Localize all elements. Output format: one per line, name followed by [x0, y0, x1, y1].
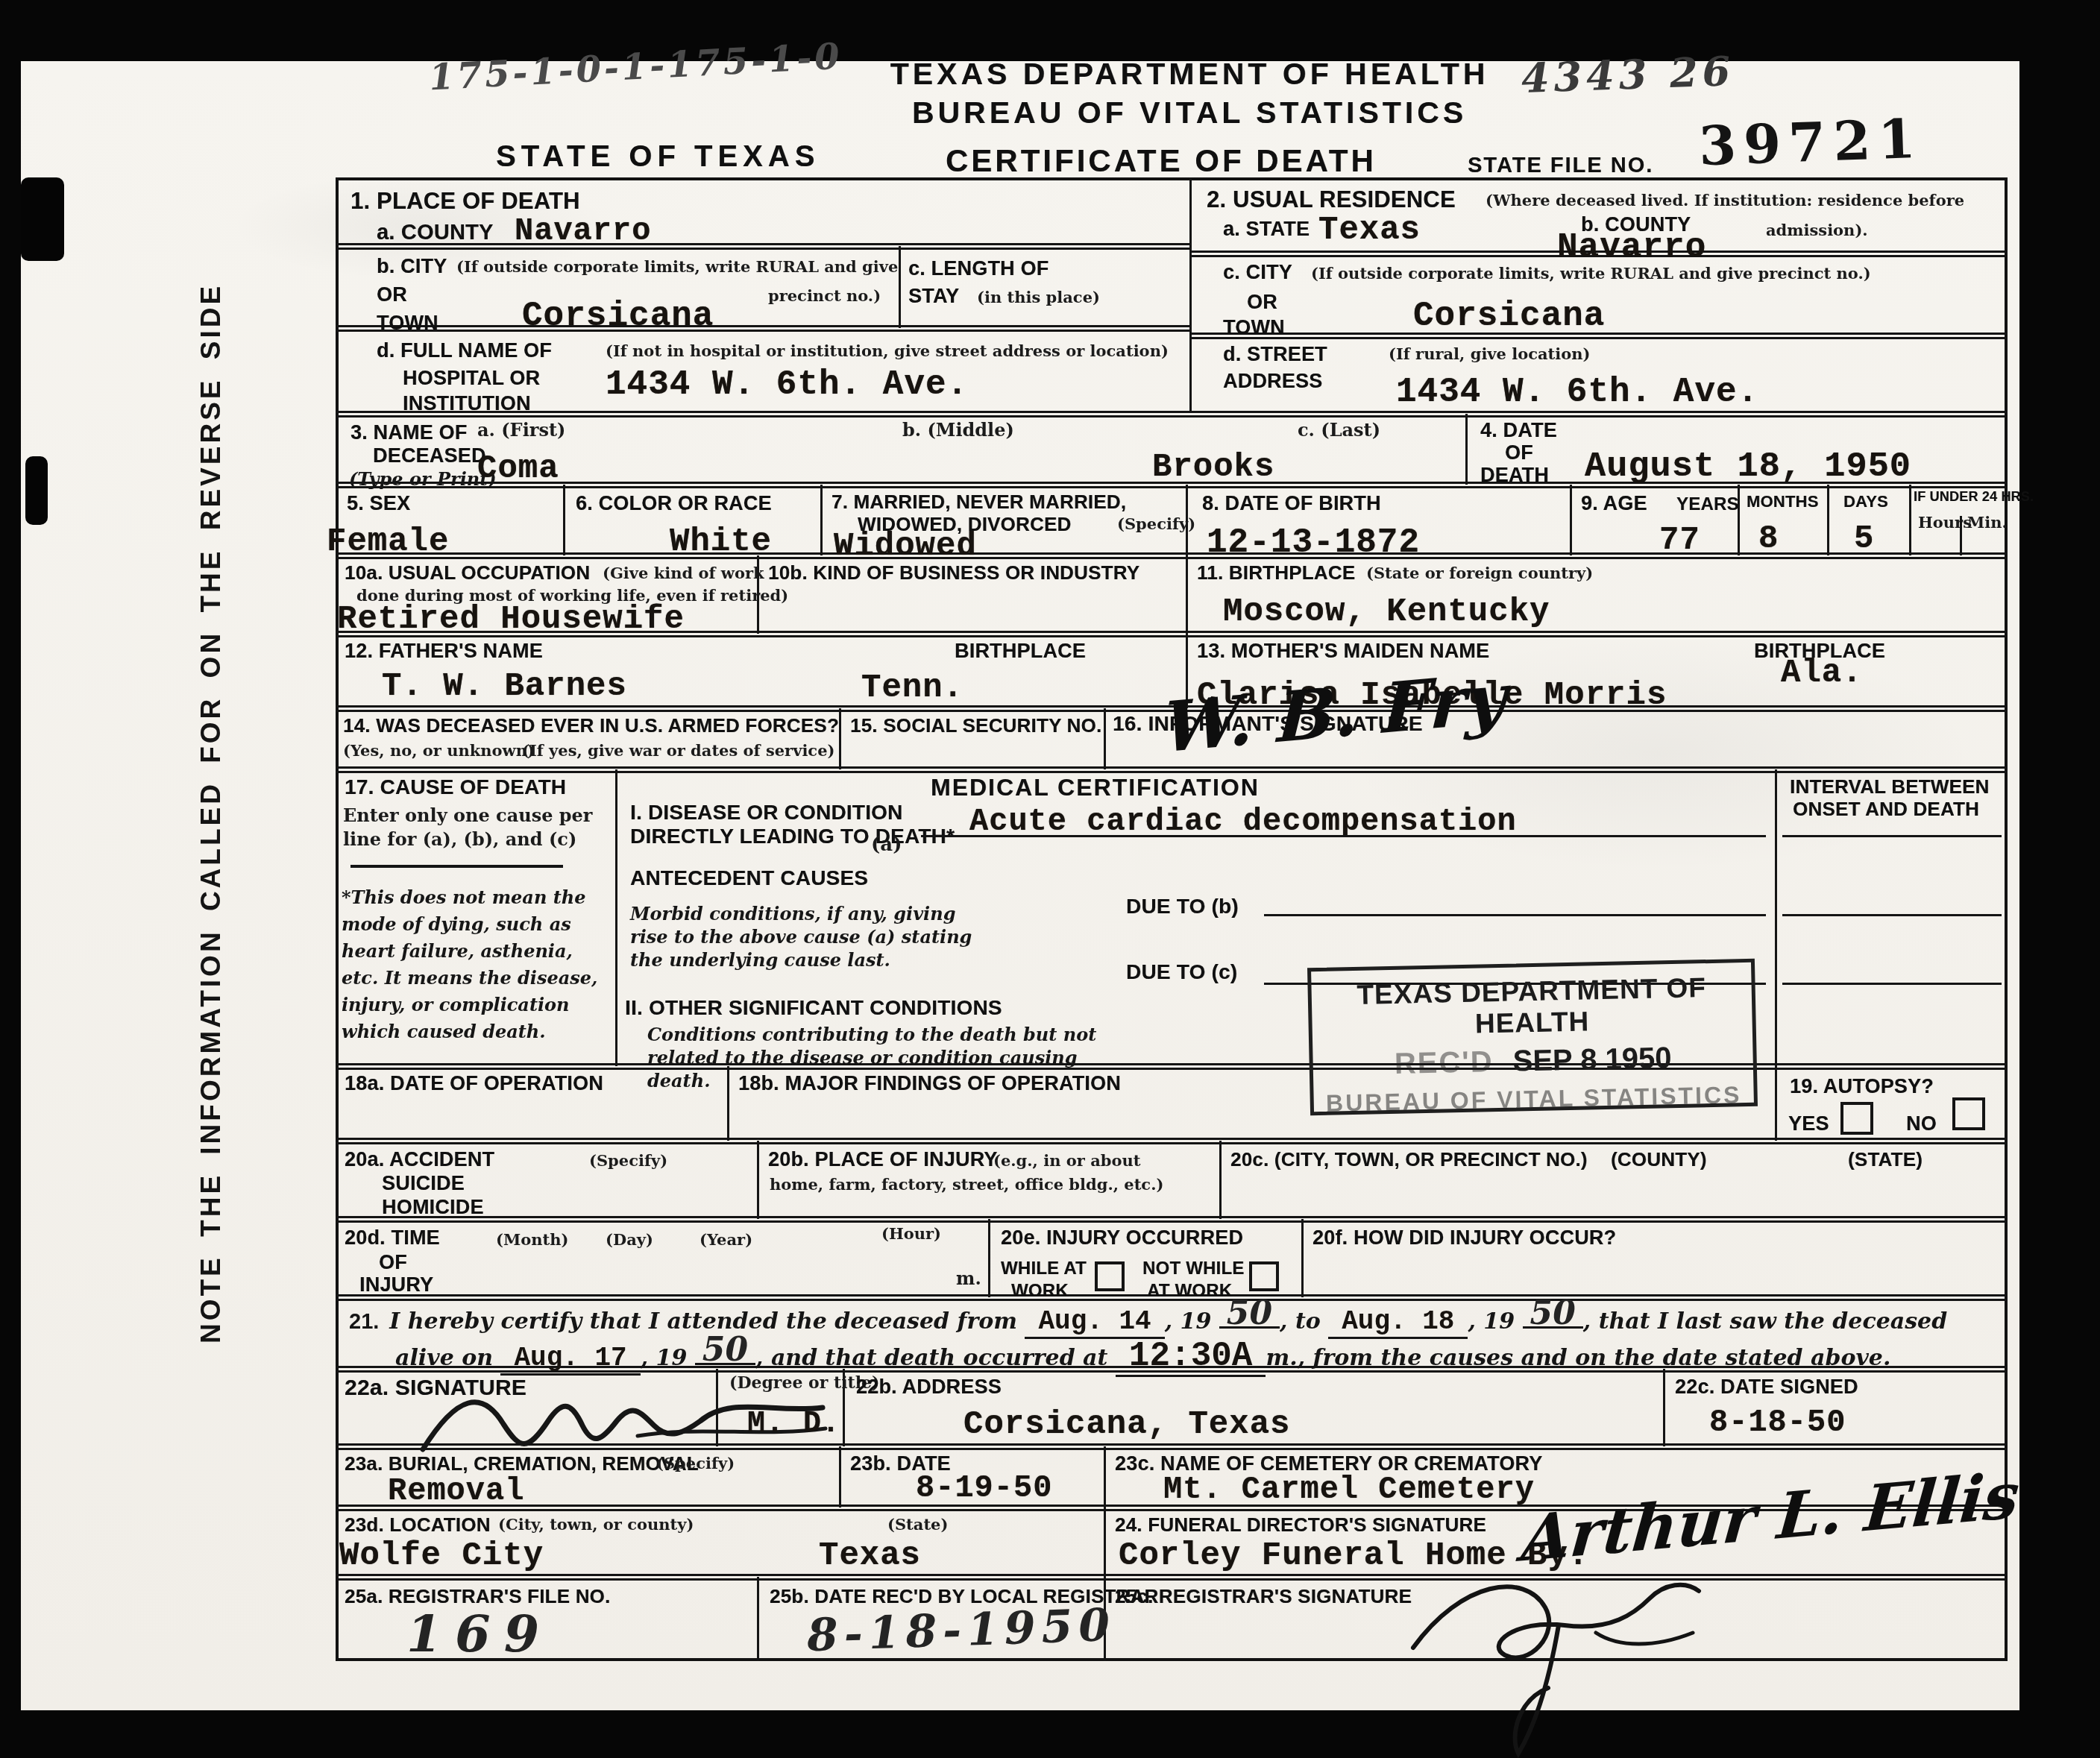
institution-label: d. FULL NAME OF: [377, 339, 552, 362]
certify-line-1: 21. I hereby certify that I attended the…: [349, 1305, 1947, 1339]
city-hint2: precinct no.): [768, 286, 881, 305]
county-label: a. COUNTY: [377, 221, 494, 245]
residence-city-town: TOWN: [1223, 316, 1285, 339]
marital-label: 7. MARRIED, NEVER MARRIED,: [831, 491, 1126, 514]
physician-address-value: Corsicana, Texas: [963, 1406, 1290, 1443]
under24-label: IF UNDER 24 HRS.: [1914, 489, 2034, 505]
interval-line: [1782, 983, 2002, 985]
father-birthplace-value: Tenn.: [861, 670, 963, 707]
findings-label: 18b. MAJOR FINDINGS OF OPERATION: [738, 1072, 1121, 1095]
state-file-no-label: STATE FILE NO.: [1468, 154, 1653, 178]
reverse-side-note: NOTE THE INFORMATION CALLED FOR ON THE R…: [195, 306, 227, 1343]
due-to-c-label: DUE TO (c): [1126, 960, 1237, 984]
antecedent-label: ANTECEDENT CAUSES: [630, 866, 868, 890]
interval-line: [1782, 835, 2002, 837]
residence-state-value: Texas: [1318, 212, 1421, 249]
degree-value: M. D.: [747, 1408, 840, 1441]
pencil-numbers-handwriting: 4343 26: [1521, 47, 1735, 102]
grid-line: [899, 246, 901, 328]
grid-line: [615, 769, 617, 1066]
residence-city-value: Corsicana: [1413, 297, 1605, 335]
cause-note2: *This does not mean the mode of dying, s…: [342, 884, 604, 1045]
grid-line: [839, 1446, 841, 1507]
grid-line: [820, 485, 823, 555]
date-signed-label: 22c. DATE SIGNED: [1675, 1376, 1858, 1399]
street-hint: (If rural, give location): [1389, 344, 1591, 363]
city-hint: (If outside corporate limits, write RURA…: [456, 257, 898, 276]
mother-name-label: 13. MOTHER'S MAIDEN NAME: [1197, 640, 1489, 663]
autopsy-label: 19. AUTOPSY?: [1790, 1075, 1934, 1098]
attended-to-year: 50: [1523, 1300, 1583, 1329]
age-days-label: DAYS: [1843, 492, 1888, 511]
interval-label1: INTERVAL BETWEEN: [1790, 775, 1990, 798]
institution-label2: HOSPITAL OR: [403, 367, 540, 390]
sex-label: 5. SEX: [347, 492, 410, 515]
time-of-injury-label2: OF: [379, 1251, 407, 1274]
stamp-line1: TEXAS DEPARTMENT OF HEALTH: [1311, 971, 1752, 1043]
homicide-label: HOMICIDE: [382, 1196, 484, 1219]
date-of-death-label3: DEATH: [1480, 464, 1549, 487]
certify-text: , 19: [641, 1345, 695, 1371]
institution-hint: (If not in hospital or institution, give…: [606, 341, 1169, 360]
hours-label: Hours: [1918, 513, 1972, 532]
certify-text: m., from the causes and on the date stat…: [1266, 1345, 1890, 1371]
father-name-label: 12. FATHER'S NAME: [345, 640, 543, 663]
occupation-hint1: (Give kind of work: [603, 564, 764, 582]
certify-text: alive on: [395, 1345, 500, 1371]
grid-line: [1189, 177, 1192, 411]
state-file-no-value: 39721: [1698, 107, 1924, 177]
injury-occurred-label: 20e. INJURY OCCURRED: [1001, 1226, 1243, 1250]
not-while-at-work-checkbox: [1249, 1261, 1279, 1291]
grid-line: [1570, 485, 1572, 555]
institution-label3: INSTITUTION: [403, 392, 531, 415]
sex-value: Female: [327, 523, 449, 561]
residence-county-value: Navarro: [1557, 228, 1706, 267]
grid-line: [336, 325, 1192, 332]
received-stamp: TEXAS DEPARTMENT OF HEALTH REC'DSEP 8 19…: [1307, 959, 1758, 1116]
date-of-operation-label: 18a. DATE OF OPERATION: [345, 1072, 603, 1095]
marital-value: Widowed: [834, 528, 977, 565]
injury-state-label: (STATE): [1848, 1148, 1923, 1171]
place-of-injury-hint1: (e.g., in or about: [993, 1151, 1140, 1170]
cause-a-line: [921, 835, 1766, 837]
work-label: WORK: [1011, 1281, 1069, 1302]
birthplace-value: Moscow, Kentucky: [1223, 593, 1550, 631]
medical-certification-title: MEDICAL CERTIFICATION: [931, 774, 1260, 801]
grid-line: [1104, 1507, 1106, 1577]
autopsy-yes-checkbox: [1840, 1102, 1873, 1135]
stamp-date: SEP 8 1950: [1512, 1042, 1672, 1077]
location-state-value: Texas: [819, 1537, 921, 1575]
grid-line: [839, 708, 841, 769]
age-months-label: MONTHS: [1747, 492, 1819, 511]
header-certificate-title: CERTIFICATE OF DEATH: [946, 143, 1377, 179]
grid-line: [1301, 1219, 1304, 1297]
usual-residence-title: 2. USUAL RESIDENCE: [1207, 186, 1456, 213]
cause-note1: Enter only one cause per line for (a), (…: [343, 804, 600, 852]
usual-residence-hint2: admission).: [1766, 221, 1868, 239]
date-of-death-value: August 18, 1950: [1585, 447, 1911, 487]
city-label: b. CITY: [377, 255, 447, 278]
name-label2: DECEASED: [373, 444, 486, 467]
other-conditions-label: II. OTHER SIGNIFICANT CONDITIONS: [625, 996, 1002, 1020]
marital-hint: (Specify): [1117, 514, 1195, 533]
location-label: 23d. LOCATION: [345, 1513, 491, 1537]
suicide-label: SUICIDE: [382, 1172, 465, 1195]
date-signed-value: 8-18-50: [1709, 1405, 1846, 1440]
date-of-death-label2: OF: [1505, 441, 1533, 464]
grid-line: [1104, 1446, 1106, 1507]
grid-line: [336, 552, 2008, 559]
certify-number: 21.: [349, 1310, 379, 1335]
grid-line: [1104, 708, 1106, 769]
stamp-recd: REC'D: [1394, 1045, 1494, 1080]
disease-label2: DIRECTLY LEADING TO DEATH*: [630, 825, 955, 848]
morbid-note: Morbid conditions, if any, giving rise t…: [630, 902, 988, 972]
burial-value: Removal: [388, 1473, 524, 1509]
city-label-town: TOWN: [377, 312, 438, 335]
time-of-injury-label: 20d. TIME: [345, 1226, 440, 1250]
grid-line: [1186, 555, 1188, 634]
certify-line-2: alive on Aug. 17 , 19 50 , and that deat…: [395, 1339, 1890, 1377]
grid-line: [757, 1141, 759, 1219]
last-name-value: Brooks: [1152, 449, 1274, 486]
father-birthplace-label: BIRTHPLACE: [955, 640, 1086, 663]
injury-city-label: 20c. (CITY, TOWN, OR PRECINCT NO.): [1230, 1148, 1588, 1171]
date-recd-value: 8-18-1950: [806, 1599, 1116, 1662]
length-of-stay-label: c. LENGTH OF: [908, 257, 1049, 280]
usual-residence-hint: (Where deceased lived. If institution: r…: [1486, 191, 1964, 209]
due-to-b-label: DUE TO (b): [1126, 895, 1239, 919]
race-value: White: [670, 523, 772, 561]
burial-date-value: 8-19-50: [916, 1470, 1052, 1506]
business-label: 10b. KIND OF BUSINESS OR INDUSTRY: [768, 561, 1139, 585]
armed-forces-hint1: (Yes, no, or unknown): [343, 741, 535, 760]
dob-label: 8. DATE OF BIRTH: [1202, 492, 1381, 515]
death-time-value: 12:30A: [1116, 1339, 1266, 1377]
grid-line: [1465, 414, 1468, 485]
cemetery-value: Mt. Carmel Cemetery: [1163, 1472, 1535, 1507]
burial-label: 23a. BURIAL, CREMATION, REMOVAL: [345, 1452, 699, 1475]
header-dept-line1: TEXAS DEPARTMENT OF HEALTH: [880, 57, 1499, 92]
age-months-value: 8: [1758, 520, 1779, 558]
registrar-file-value: 169: [406, 1604, 553, 1664]
grid-line: [336, 1138, 2008, 1144]
physician-address-label: 22b. ADDRESS: [856, 1376, 1002, 1399]
age-days-value: 5: [1854, 520, 1874, 558]
time-of-injury-label3: INJURY: [359, 1273, 433, 1297]
at-work-label: AT WORK: [1147, 1281, 1232, 1302]
location-city-value: Wolfe City: [339, 1537, 544, 1575]
funeral-director-label: 24. FUNERAL DIRECTOR'S SIGNATURE: [1115, 1513, 1486, 1537]
age-years-value: 77: [1659, 522, 1700, 559]
not-while-label: NOT WHILE: [1142, 1258, 1244, 1279]
street-value: 1434 W. 6th. Ave.: [1396, 373, 1758, 412]
attended-from-value: Aug. 14: [1025, 1308, 1164, 1339]
specify-hint: (Specify): [589, 1151, 667, 1170]
grid-line: [1827, 485, 1829, 555]
grid-line: [1775, 769, 1777, 1066]
injury-county-label: (COUNTY): [1611, 1148, 1707, 1171]
grid-line: [1663, 1369, 1665, 1446]
middle-name-label: b. (Middle): [902, 419, 1014, 441]
county-value: Navarro: [515, 213, 651, 249]
hour-hint: (Hour): [881, 1224, 941, 1243]
while-at-work-checkbox: [1095, 1261, 1125, 1291]
mother-birthplace-value: Ala.: [1781, 655, 1863, 692]
disease-label1: I. DISEASE OR CONDITION: [630, 801, 903, 825]
grid-line: [336, 1216, 2008, 1223]
accident-label: 20a. ACCIDENT: [345, 1148, 494, 1171]
age-years-label: YEARS: [1676, 494, 1739, 515]
street-label: d. STREET: [1223, 343, 1327, 366]
grid-line: [988, 1219, 990, 1297]
location-hint: (City, town, or county): [498, 1515, 694, 1534]
registrar-signature-label: 25c. REGISTRAR'S SIGNATURE: [1115, 1585, 1412, 1608]
name-label3: (Type or Print): [349, 468, 497, 490]
while-at-label: WHILE AT: [1001, 1258, 1087, 1279]
m-label: m.: [956, 1267, 981, 1289]
autopsy-no-label: NO: [1906, 1112, 1937, 1135]
interval-line: [1782, 914, 2002, 916]
street-label2: ADDRESS: [1223, 370, 1322, 393]
residence-city-label: c. CITY: [1223, 261, 1292, 284]
grid-line: [1219, 1141, 1222, 1219]
burial-hint: (Specify): [656, 1454, 735, 1472]
grid-line: [1909, 485, 1911, 555]
age-label: 9. AGE: [1581, 492, 1647, 515]
occupation-label: 10a. USUAL OCCUPATION: [345, 561, 590, 585]
cause-a-value: Acute cardiac decompensation: [969, 804, 1517, 839]
certify-text: , 19: [1165, 1308, 1219, 1335]
due-to-b-line: [1264, 914, 1766, 916]
birthplace-label: 11. BIRTHPLACE: [1197, 561, 1355, 585]
last-alive-value: Aug. 17: [500, 1345, 640, 1376]
month-hint: (Month): [496, 1230, 568, 1249]
first-name-label: a. (First): [477, 419, 565, 441]
attended-from-year: 50: [1219, 1300, 1280, 1329]
length-of-stay-hint: (in this place): [977, 288, 1100, 306]
cause-a-label: (a): [871, 834, 902, 856]
residence-state-label: a. STATE: [1223, 218, 1310, 241]
certify-text: , and that death occurred at: [755, 1345, 1116, 1371]
min-label: Min.: [1967, 513, 2008, 532]
dob-value: 12-13-1872: [1207, 523, 1420, 562]
father-name-value: T. W. Barnes: [382, 668, 627, 705]
city-value: Corsicana: [522, 297, 714, 335]
name-label: 3. NAME OF: [350, 421, 468, 444]
first-name-value: Coma: [477, 450, 559, 488]
occupation-value: Retired Housewife: [337, 601, 685, 638]
autopsy-no-checkbox: [1952, 1097, 1985, 1130]
certify-text: , that I last saw the deceased: [1583, 1308, 1947, 1335]
scan-artifact-blob: [25, 456, 48, 525]
length-of-stay-label2: STAY: [908, 285, 959, 308]
last-name-label: c. (Last): [1298, 419, 1380, 441]
grid-line: [757, 1577, 759, 1661]
place-of-injury-label: 20b. PLACE OF INJURY: [768, 1148, 998, 1171]
residence-city-or: OR: [1247, 291, 1277, 314]
institution-value: 1434 W. 6th. Ave.: [606, 365, 968, 404]
year-hint: (Year): [700, 1230, 752, 1249]
armed-forces-label: 14. WAS DECEASED EVER IN U.S. ARMED FORC…: [343, 714, 839, 737]
divider: [350, 865, 563, 868]
date-of-death-label: 4. DATE: [1480, 419, 1557, 442]
grid-line: [563, 485, 565, 555]
attended-to-value: Aug. 18: [1328, 1308, 1468, 1339]
residence-city-hint: (If outside corporate limits, write RURA…: [1311, 264, 1871, 283]
grid-line: [336, 1574, 2008, 1581]
place-of-death-title: 1. PLACE OF DEATH: [350, 188, 580, 215]
certify-text: , 19: [1468, 1308, 1522, 1335]
armed-forces-hint2: (If yes, give war or dates of service): [522, 741, 834, 760]
interval-label2: ONSET AND DEATH: [1793, 798, 1979, 821]
grid-line: [1775, 1066, 1777, 1141]
day-hint: (Day): [606, 1230, 653, 1249]
city-label-or: OR: [377, 283, 407, 306]
race-label: 6. COLOR OR RACE: [576, 492, 772, 515]
birthplace-hint: (State or foreign country): [1366, 564, 1593, 582]
header-dept-line2: BUREAU OF VITAL STATISTICS: [880, 95, 1499, 130]
place-of-injury-hint2: home, farm, factory, street, office bldg…: [770, 1175, 1163, 1194]
location-state-hint: (State): [887, 1515, 948, 1534]
cause-of-death-title: 17. CAUSE OF DEATH: [345, 775, 566, 799]
last-alive-year: 50: [695, 1337, 755, 1365]
registrar-signature-scrawl: [1372, 1536, 1730, 1758]
how-injury-label: 20f. HOW DID INJURY OCCUR?: [1312, 1226, 1616, 1250]
autopsy-yes-label: YES: [1788, 1112, 1829, 1135]
scanned-death-certificate: NOTE THE INFORMATION CALLED FOR ON THE R…: [0, 0, 2100, 1758]
scan-artifact-blob: [21, 177, 64, 261]
certify-text: , to: [1280, 1308, 1328, 1335]
grid-line: [336, 411, 2008, 418]
ssn-label: 15. SOCIAL SECURITY NO.: [850, 714, 1101, 737]
header-state-of-texas: STATE OF TEXAS: [496, 140, 820, 174]
